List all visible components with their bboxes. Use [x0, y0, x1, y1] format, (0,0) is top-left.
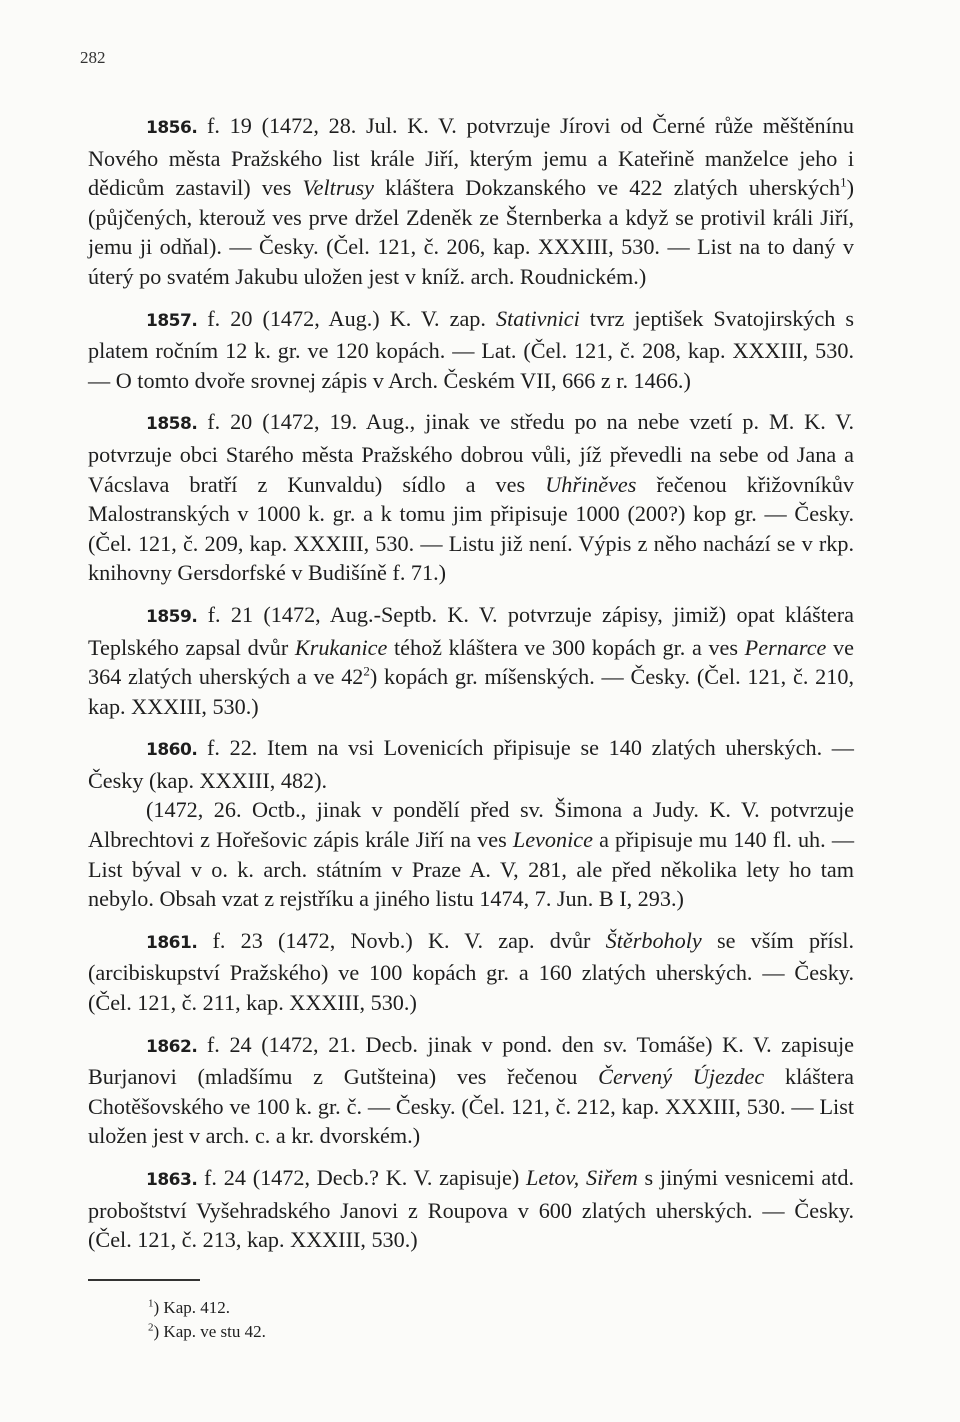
entry-paragraph: 1862. f. 24 (1472, 21. Decb. jinak v pon…	[88, 1030, 854, 1151]
entry-number: 1862.	[146, 1037, 197, 1057]
place-name: Uhřiněves	[545, 472, 636, 497]
place-name: Stativnici	[496, 306, 580, 331]
entry-number: 1857.	[146, 311, 197, 331]
entry-paragraph: (1472, 26. Octb., jinak v pondělí před s…	[88, 795, 854, 913]
entry-paragraph: 1859. f. 21 (1472, Aug.-Septb. K. V. pot…	[88, 600, 854, 721]
entry-number: 1856.	[146, 118, 197, 138]
place-name: Levonice	[513, 827, 593, 852]
entry-paragraph: 1860. f. 22. Item na vsi Lovenicích přip…	[88, 733, 854, 795]
place-name: Pernarce	[745, 635, 827, 660]
place-name: Krukanice	[295, 635, 387, 660]
footnote: 2) Kap. ve stu 42.	[148, 1320, 266, 1344]
place-name: Štěrboholy	[606, 928, 702, 953]
entry-text: f. 23 (1472, Novb.) K. V. zap. dvůr	[197, 928, 605, 953]
place-name: Červený Újezdec	[598, 1064, 764, 1089]
footnote-text: ) Kap. ve stu 42.	[154, 1322, 266, 1341]
entry-text: f. 20 (1472, Aug.) K. V. zap.	[197, 306, 496, 331]
entry-number: 1859.	[146, 607, 197, 627]
entry-paragraph: 1863. f. 24 (1472, Decb.? K. V. zapisuje…	[88, 1163, 854, 1255]
footnote-text: ) Kap. 412.	[154, 1298, 230, 1317]
page-number: 282	[80, 48, 106, 68]
entry-paragraph: 1861. f. 23 (1472, Novb.) K. V. zap. dvů…	[88, 926, 854, 1018]
entry-number: 1861.	[146, 933, 197, 953]
footnotes: 1) Kap. 412.2) Kap. ve stu 42.	[148, 1296, 266, 1344]
place-name: Letov, Siřem	[526, 1165, 638, 1190]
entry-text: téhož kláštera ve 300 kopách gr. a ves	[387, 635, 744, 660]
entry-number: 1858.	[146, 414, 197, 434]
document-page: 282 1856. f. 19 (1472, 28. Jul. K. V. po…	[0, 0, 960, 1422]
entry-paragraph: 1857. f. 20 (1472, Aug.) K. V. zap. Stat…	[88, 304, 854, 396]
footnote: 1) Kap. 412.	[148, 1296, 266, 1320]
entry-number: 1860.	[146, 740, 197, 760]
entry-text: f. 24 (1472, Decb.? K. V. zapisuje)	[197, 1165, 526, 1190]
entry-paragraph: 1858. f. 20 (1472, 19. Aug., jinak ve st…	[88, 407, 854, 588]
entry-text: kláštera Dokzanského ve 422 zlatých uher…	[374, 175, 840, 200]
entry-number: 1863.	[146, 1170, 197, 1190]
footnote-divider	[88, 1279, 200, 1281]
entry-paragraph: 1856. f. 19 (1472, 28. Jul. K. V. potvrz…	[88, 111, 854, 292]
body-text: 1856. f. 19 (1472, 28. Jul. K. V. potvrz…	[88, 111, 854, 1255]
entry-text: f. 22. Item na vsi Lovenicích připisuje …	[88, 735, 854, 793]
place-name: Veltrusy	[303, 175, 374, 200]
